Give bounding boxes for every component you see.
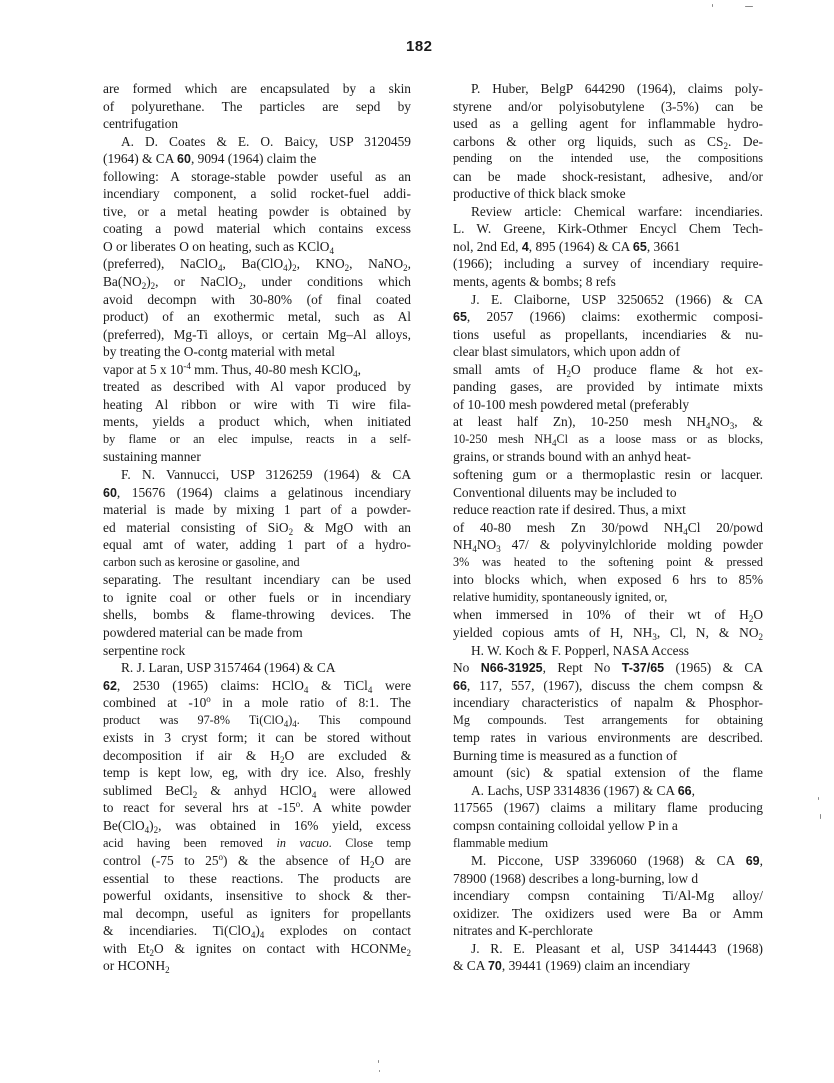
text-line: temp rates in various environments are d… <box>453 729 763 747</box>
text-line: tions useful as propellants, incendiarie… <box>453 326 763 344</box>
left-text-column: are formed which are encapsulated by a s… <box>103 80 411 975</box>
text-line: R. J. Laran, USP 3157464 (1964) & CA <box>103 659 411 677</box>
text-line: nol, 2nd Ed, 4, 895 (1964) & CA 65, 3661 <box>453 238 763 256</box>
text-line: relative humidity, spontaneously ignited… <box>453 589 763 607</box>
scan-speck <box>712 4 713 7</box>
text-line: (1966); including a survey of incendiary… <box>453 255 763 273</box>
text-line: sublimed BeCl2 & anhyd HClO4 were allowe… <box>103 782 411 800</box>
text-line: acid having been removed in vacuo. Close… <box>103 835 411 853</box>
text-line: serpentine rock <box>103 642 411 660</box>
text-line: styrene and/or polyisobutylene (3-5%) ca… <box>453 98 763 116</box>
text-line: No N66-31925, Rept No T-37/65 (1965) & C… <box>453 659 763 677</box>
text-line: incendiary characteristics of napalm & P… <box>453 694 763 712</box>
text-line: Mg compounds. Test arrangements for obta… <box>453 712 763 730</box>
page-number: 182 <box>406 38 433 55</box>
text-line: Be(ClO4)2, was obtained in 16% yield, ex… <box>103 817 411 835</box>
text-line: O or liberates O on heating, such as KCl… <box>103 238 411 256</box>
scan-speck <box>378 1060 379 1063</box>
text-line: J. E. Claiborne, USP 3250652 (1966) & CA <box>453 291 763 309</box>
text-line: control (-75 to 25o) & the absence of H2… <box>103 852 411 870</box>
text-line: pending on the intended use, the composi… <box>453 150 763 168</box>
text-line: amount (sic) & spatial extension of the … <box>453 764 763 782</box>
text-line: by treating the O-contg material with me… <box>103 343 411 361</box>
text-line: ments, agents & bombs; 8 refs <box>453 273 763 291</box>
text-line: J. R. E. Pleasant et al, USP 3414443 (19… <box>453 940 763 958</box>
text-line: 78900 (1968) describes a long-burning, l… <box>453 870 763 888</box>
text-line: treated as described with Al vapor produ… <box>103 378 411 396</box>
text-line: product was 97-8% Ti(ClO4)4. This compou… <box>103 712 411 730</box>
right-text-column: P. Huber, BelgP 644290 (1964), claims po… <box>453 80 763 975</box>
text-line: mal decompn, useful as igniters for prop… <box>103 905 411 923</box>
text-line: small amts of H2O produce flame & hot ex… <box>453 361 763 379</box>
text-line: when immersed in 10% of their wt of H2O <box>453 606 763 624</box>
scan-speck <box>745 6 753 7</box>
text-line: decomposition if air & H2O are excluded … <box>103 747 411 765</box>
text-line: centrifugation <box>103 115 411 133</box>
text-line: sustaining manner <box>103 448 411 466</box>
text-line: L. W. Greene, Kirk-Othmer Encycl Chem Te… <box>453 220 763 238</box>
text-line: clear blast simulators, which upon addn … <box>453 343 763 361</box>
text-line: NH4NO3 47/ & polyvinylchloride molding p… <box>453 536 763 554</box>
text-line: shells, bombs & flame-throwing devices. … <box>103 606 411 624</box>
text-line: panding gases, are provided by intimate … <box>453 378 763 396</box>
text-line: ed material consisting of SiO2 & MgO wit… <box>103 519 411 537</box>
text-line: to ignite coal or other fuels or in ince… <box>103 589 411 607</box>
text-line: by flame or an elec impulse, reacts in a… <box>103 431 411 449</box>
text-line: oxidizer. The oxidizers used were Ba or … <box>453 905 763 923</box>
text-line: (1964) & CA 60, 9094 (1964) claim the <box>103 150 411 168</box>
text-line: 62, 2530 (1965) claims: HClO4 & TiCl4 we… <box>103 677 411 695</box>
text-line: P. Huber, BelgP 644290 (1964), claims po… <box>453 80 763 98</box>
text-line: or HCONH2 <box>103 957 411 975</box>
text-line: A. Lachs, USP 3314836 (1967) & CA 66, <box>453 782 763 800</box>
text-line: Ba(NO2)2, or NaClO2, under conditions wh… <box>103 273 411 291</box>
text-line: of 10-100 mesh powdered metal (preferabl… <box>453 396 763 414</box>
text-line: separating. The resultant incendiary can… <box>103 571 411 589</box>
text-line: softening gum or a thermoplastic resin o… <box>453 466 763 484</box>
text-line: 66, 117, 557, (1967), discuss the chem c… <box>453 677 763 695</box>
text-line: 65, 2057 (1966) claims: exothermic compo… <box>453 308 763 326</box>
text-line: powdered material can be made from <box>103 624 411 642</box>
text-line: yielded copious amts of H, NH3, Cl, N, &… <box>453 624 763 642</box>
text-line: (preferred), NaClO4, Ba(ClO4)2, KNO2, Na… <box>103 255 411 273</box>
scan-speck <box>818 797 819 800</box>
text-line: powerful oxidants, insensitive to shock … <box>103 887 411 905</box>
text-line: temp is kept low, eg, with dry ice. Also… <box>103 764 411 782</box>
text-line: coating a powd material which contains e… <box>103 220 411 238</box>
text-line: A. D. Coates & E. O. Baicy, USP 3120459 <box>103 133 411 151</box>
text-line: exists in 3 cryst form; it can be stored… <box>103 729 411 747</box>
text-line: 60, 15676 (1964) claims a gelatinous inc… <box>103 484 411 502</box>
text-line: 10-250 mesh NH4Cl as a loose mass or as … <box>453 431 763 449</box>
scan-speck <box>379 1070 380 1072</box>
text-line: are formed which are encapsulated by a s… <box>103 80 411 98</box>
text-line: material is made by mixing 1 part of a p… <box>103 501 411 519</box>
text-line: nitrates and K-perchlorate <box>453 922 763 940</box>
text-line: with Et2O & ignites on contact with HCON… <box>103 940 411 958</box>
text-line: M. Piccone, USP 3396060 (1968) & CA 69, <box>453 852 763 870</box>
text-line: 3% was heated to the softening point & p… <box>453 554 763 572</box>
text-line: Burning time is measured as a function o… <box>453 747 763 765</box>
text-line: used as a gelling agent for inflammable … <box>453 115 763 133</box>
text-line: incendiary component, a solid rocket-fue… <box>103 185 411 203</box>
text-line: product) of an exothermic metal, such as… <box>103 308 411 326</box>
text-line: incendiary compsn containing Ti/Al-Mg al… <box>453 887 763 905</box>
text-line: heating Al ribbon or wire with Ti wire f… <box>103 396 411 414</box>
text-line: of 40-80 mesh Zn 30/powd NH4Cl 20/powd <box>453 519 763 537</box>
text-line: grains, or strands bound with an anhyd h… <box>453 448 763 466</box>
text-line: at least half Zn), 10-250 mesh NH4NO3, & <box>453 413 763 431</box>
text-line: F. N. Vannucci, USP 3126259 (1964) & CA <box>103 466 411 484</box>
text-line: combined at -10o in a mole ratio of 8:1.… <box>103 694 411 712</box>
text-line: compsn containing colloidal yellow P in … <box>453 817 763 835</box>
text-line: (preferred), Mg-Ti alloys, or certain Mg… <box>103 326 411 344</box>
text-line: vapor at 5 x 10-4 mm. Thus, 40-80 mesh K… <box>103 361 411 379</box>
text-line: to react for several hrs at -15o. A whit… <box>103 799 411 817</box>
text-line: H. W. Koch & F. Popperl, NASA Access <box>453 642 763 660</box>
text-line: & incendiaries. Ti(ClO4)4 explodes on co… <box>103 922 411 940</box>
text-line: following: A storage-stable powder usefu… <box>103 168 411 186</box>
text-line: of polyurethane. The particles are sepd … <box>103 98 411 116</box>
text-line: flammable medium <box>453 835 763 853</box>
text-line: Review article: Chemical warfare: incend… <box>453 203 763 221</box>
text-line: Conventional diluents may be included to <box>453 484 763 502</box>
text-line: into blocks which, when exposed 6 hrs to… <box>453 571 763 589</box>
text-line: can be made shock-resistant, adhesive, a… <box>453 168 763 186</box>
text-line: essential to these reactions. The produc… <box>103 870 411 888</box>
text-line: equal amt of water, adding 1 part of a h… <box>103 536 411 554</box>
text-line: tive, or a metal heating powder is obtai… <box>103 203 411 221</box>
scan-speck <box>820 814 821 819</box>
text-line: reduce reaction rate if desired. Thus, a… <box>453 501 763 519</box>
text-line: productive of thick black smoke <box>453 185 763 203</box>
text-line: carbon such as kerosine or gasoline, and <box>103 554 411 572</box>
text-line: 117565 (1967) claims a military flame pr… <box>453 799 763 817</box>
text-line: avoid decompn with 30-80% (of final coat… <box>103 291 411 309</box>
text-line: carbons & other org liquids, such as CS2… <box>453 133 763 151</box>
text-line: ments, yields a product which, when init… <box>103 413 411 431</box>
text-line: & CA 70, 39441 (1969) claim an incendiar… <box>453 957 763 975</box>
